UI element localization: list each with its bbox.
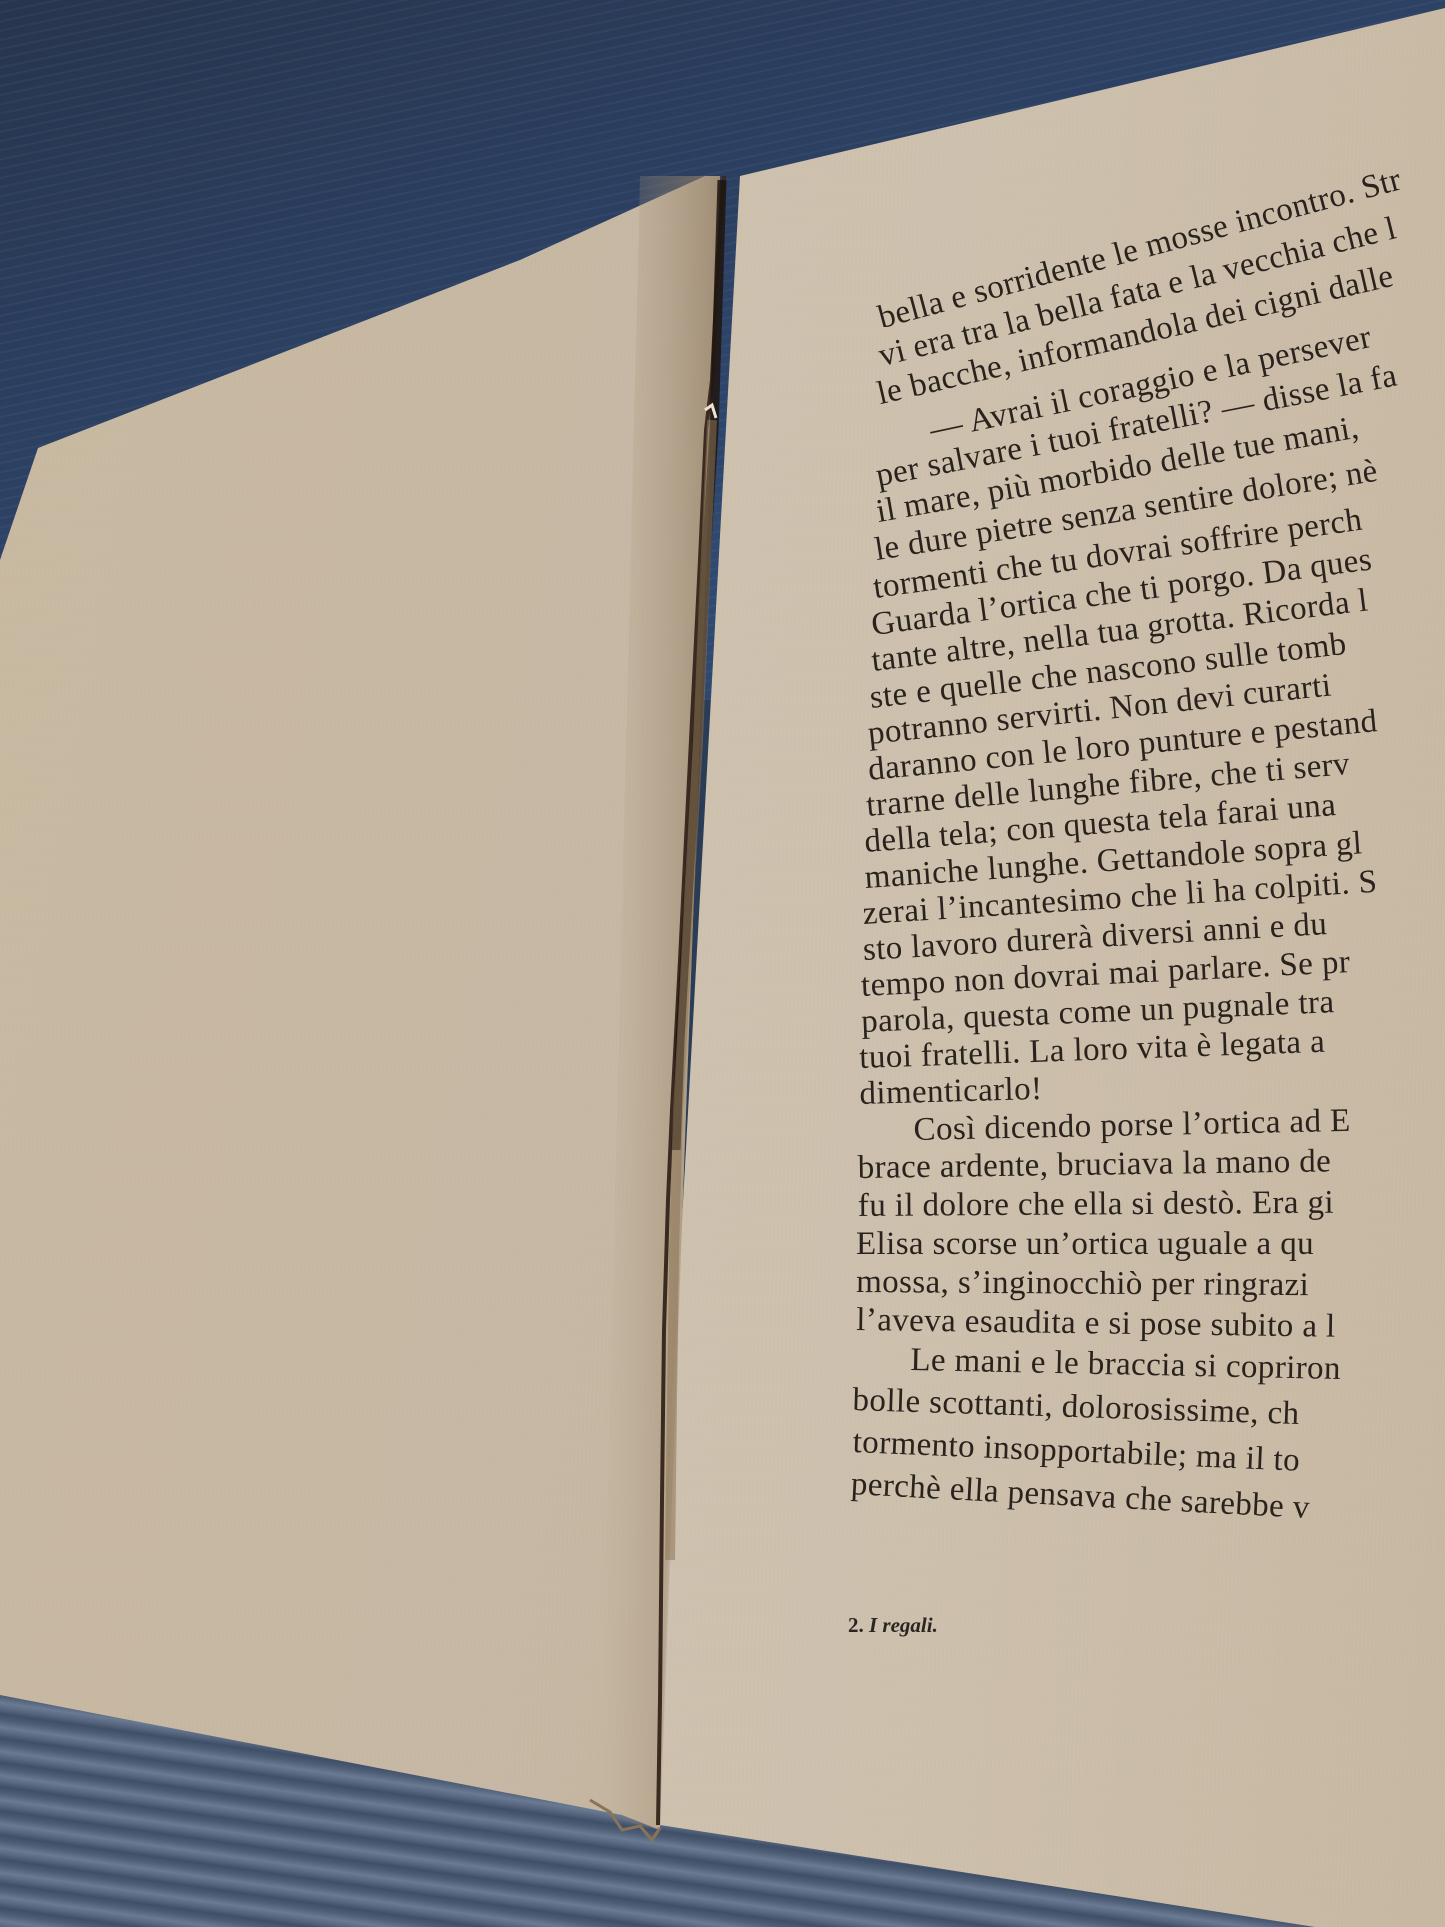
text-line: mossa, s’inginocchiò per ringrazi bbox=[856, 1264, 1309, 1304]
footer-number: 2. bbox=[848, 1613, 864, 1637]
text-line: dimenticarlo! bbox=[859, 1071, 1043, 1113]
text-line: Così dicendo porse l’ortica ad E bbox=[913, 1103, 1351, 1149]
text-line: brace ardente, bruciava la mano de bbox=[857, 1143, 1331, 1187]
footer-title: I regali. bbox=[869, 1613, 938, 1637]
text-line: l’aveva esaudita e si pose subito a l bbox=[856, 1302, 1336, 1346]
text-line: fu il dolore che ella si destò. Era gi bbox=[858, 1185, 1334, 1225]
text-line: bolle scottanti, dolorosissime, ch bbox=[852, 1382, 1300, 1433]
text-line: Le mani e le braccia si copriron bbox=[910, 1342, 1341, 1388]
page-footer-note: 2. I regali. bbox=[848, 1613, 938, 1638]
text-line: Elisa scorse un’ortica uguale a qu bbox=[856, 1226, 1314, 1263]
